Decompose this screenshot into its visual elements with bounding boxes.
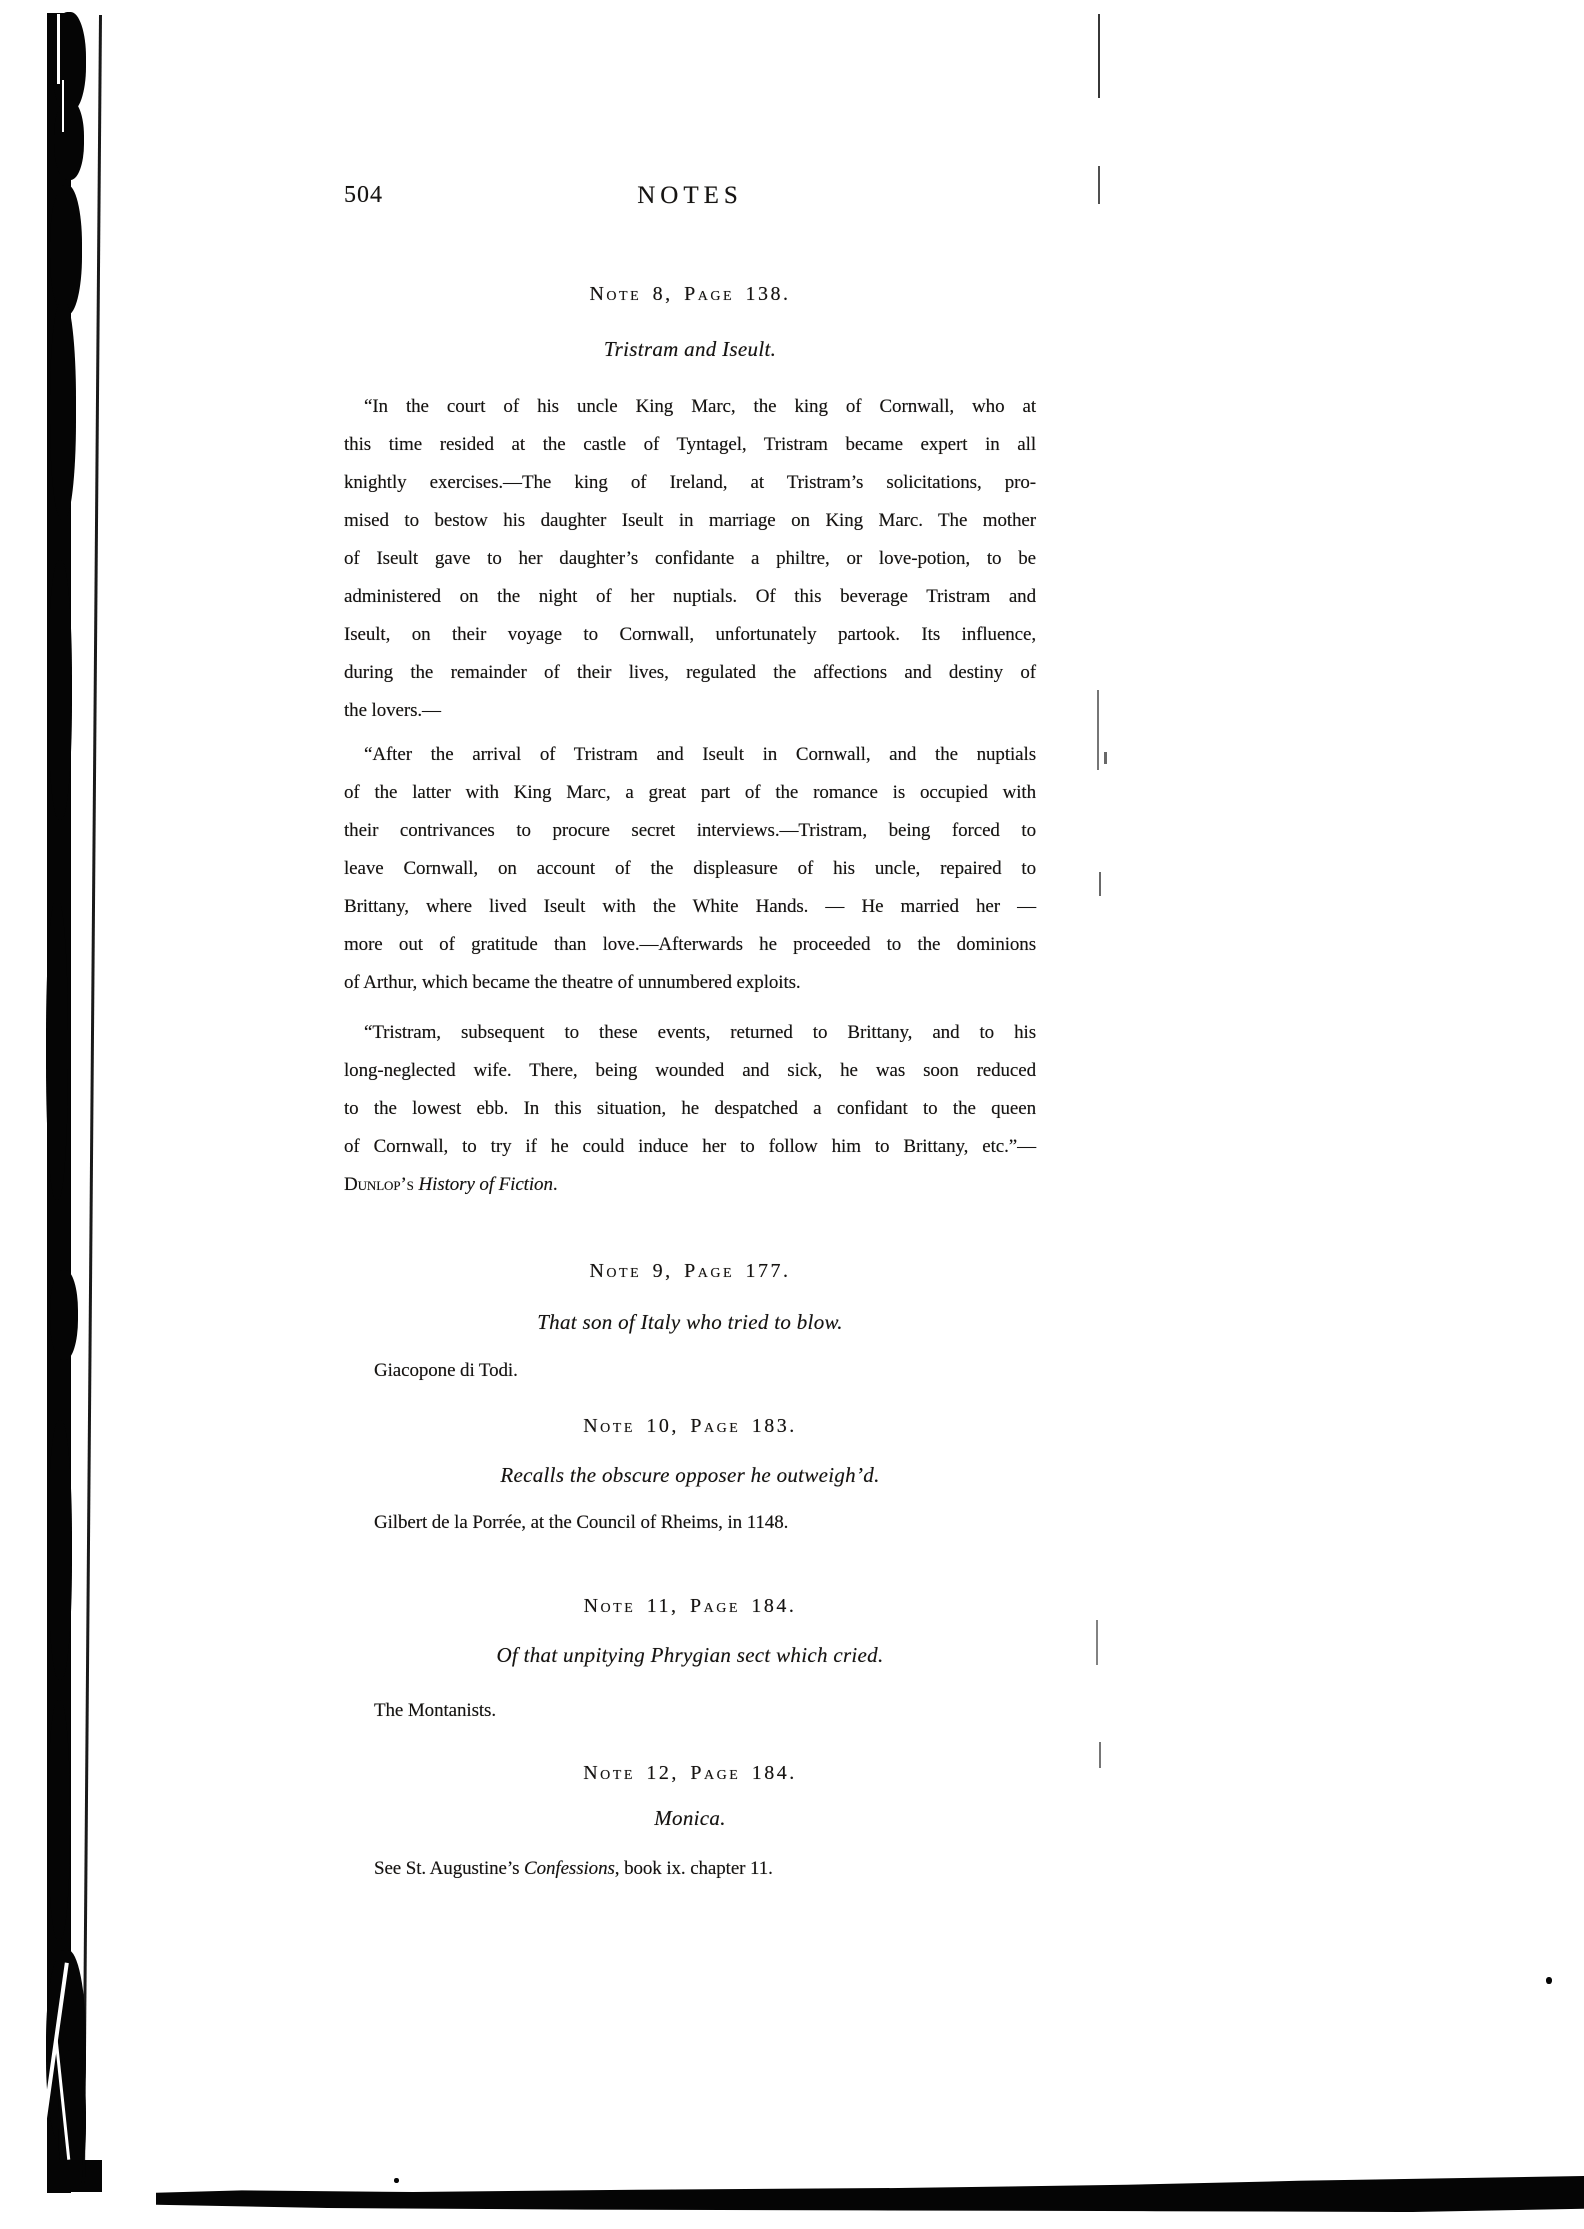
note-heading: Note 12, Page 184. [344, 1762, 1036, 1785]
note-subtitle: Of that unpitying Phrygian sect which cr… [344, 1643, 1036, 1668]
note-heading: Note 9, Page 177. [344, 1260, 1036, 1283]
text-line: knightly exercises.—The king of Ireland,… [344, 464, 1036, 502]
note-paragraph: “After the arrival of Tristram and Iseul… [344, 736, 1036, 1002]
note-subtitle: Recalls the obscure opposer he outweigh’… [344, 1463, 1036, 1488]
text-line: the lovers.— [344, 692, 1036, 730]
page-header: 504 NOTES [344, 182, 1036, 222]
note-answer: Gilbert de la Porrée, at the Council of … [344, 1504, 1036, 1542]
bottom-shadow-artifact [156, 2176, 1584, 2216]
note-paragraph: “Tristram, subsequent to these events, r… [344, 1014, 1036, 1204]
text-line: during the remainder of their lives, reg… [344, 654, 1036, 692]
note-paragraph: “In the court of his uncle King Marc, th… [344, 388, 1036, 730]
text-segment: The Montanists. [374, 1700, 496, 1721]
text-line: to the lowest ebb. In this situation, he… [344, 1090, 1036, 1128]
text-segment: . [553, 1174, 558, 1195]
text-segment: See St. Augustine’s [374, 1858, 524, 1879]
text-segment: , book ix. chapter 11. [615, 1858, 773, 1879]
text-line: Dunlop’s History of Fiction. [344, 1166, 1036, 1204]
text-segment: Gilbert de la Porrée, at the Council of … [374, 1512, 788, 1533]
text-line: of Arthur, which became the theatre of u… [344, 964, 1036, 1002]
note-subtitle: Monica. [344, 1806, 1036, 1831]
note-answer: Giacopone di Todi. [344, 1352, 1036, 1390]
text-segment: Giacopone di Todi. [374, 1360, 518, 1381]
note-heading: Note 11, Page 184. [344, 1595, 1036, 1618]
text-line: their contrivances to procure secret int… [344, 812, 1036, 850]
text-line: leave Cornwall, on account of the disple… [344, 850, 1036, 888]
scanned-book-page: 504 NOTES Note 8, Page 138. Tristram and… [0, 0, 1584, 2229]
text-line: Brittany, where lived Iseult with the Wh… [344, 888, 1036, 926]
scan-line-artifact [82, 15, 102, 2183]
text-line: administered on the night of her nuptial… [344, 578, 1036, 616]
text-line: this time resided at the castle of Tynta… [344, 426, 1036, 464]
text-line: “After the arrival of Tristram and Iseul… [344, 736, 1036, 774]
text-line: Iseult, on their voyage to Cornwall, unf… [344, 616, 1036, 654]
text-line: “Tristram, subsequent to these events, r… [344, 1014, 1036, 1052]
note-answer: The Montanists. [344, 1692, 1036, 1730]
note-subtitle: That son of Italy who tried to blow. [344, 1310, 1036, 1335]
text-line: long-neglected wife. There, being wounde… [344, 1052, 1036, 1090]
note-heading: Note 10, Page 183. [344, 1415, 1036, 1438]
text-line: of the latter with King Marc, a great pa… [344, 774, 1036, 812]
text-segment: Confessions [524, 1858, 615, 1879]
note-subtitle: Tristram and Iseult. [344, 337, 1036, 362]
text-segment: Dunlop’s [344, 1174, 414, 1195]
text-segment: History of Fiction [418, 1174, 552, 1195]
text-line: more out of gratitude than love.—Afterwa… [344, 926, 1036, 964]
text-line: of Iseult gave to her daughter’s confida… [344, 540, 1036, 578]
text-line: mised to bestow his daughter Iseult in m… [344, 502, 1036, 540]
note-answer: See St. Augustine’s Confessions, book ix… [344, 1850, 1036, 1888]
note-heading: Note 8, Page 138. [344, 283, 1036, 306]
text-line: of Cornwall, to try if he could induce h… [344, 1128, 1036, 1166]
text-line: “In the court of his uncle King Marc, th… [344, 388, 1036, 426]
running-header: NOTES [344, 182, 1036, 210]
